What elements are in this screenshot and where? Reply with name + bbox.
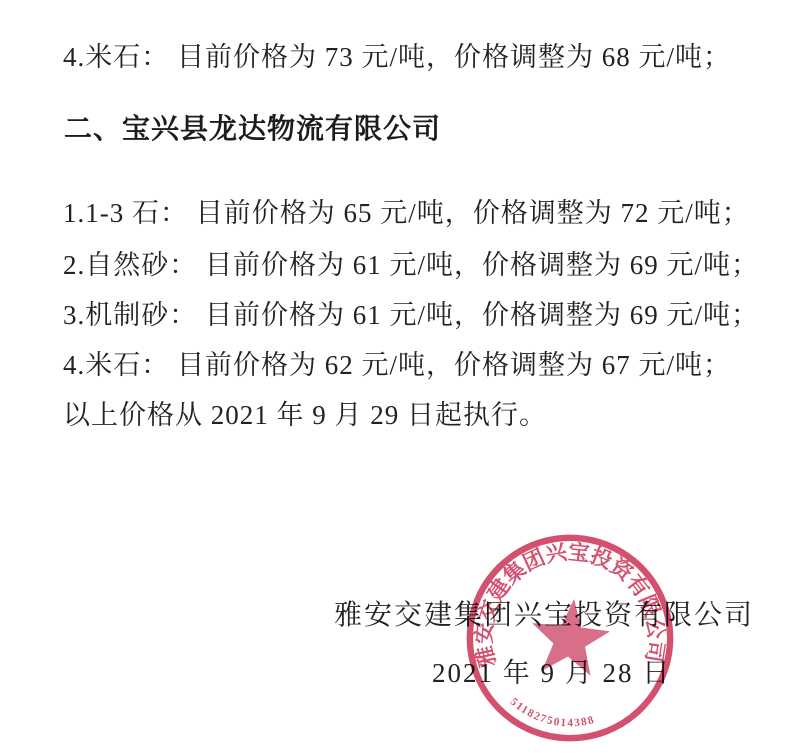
section-heading: 二、宝兴县龙达物流有限公司	[64, 107, 441, 147]
price-line-3: 3.机制砂： 目前价格为 61 元/吨，价格调整为 69 元/吨；	[63, 299, 759, 331]
price-line-4: 4.米石： 目前价格为 62 元/吨，价格调整为 67 元/吨；	[63, 349, 731, 381]
seal-number-text: 5118275014388	[508, 696, 597, 730]
signature-company: 雅安交建集团兴宝投资有限公司	[334, 593, 754, 633]
seal-ring	[470, 538, 670, 738]
price-line-2: 2.自然砂： 目前价格为 61 元/吨，价格调整为 69 元/吨；	[63, 249, 759, 281]
effective-date-line: 以上价格从 2021 年 9 月 29 日起执行。	[63, 399, 547, 431]
official-seal: 雅安交建集团兴宝投资有限公司 5118275014388	[462, 530, 678, 746]
signature-date: 2021 年 9 月 28 日	[432, 651, 671, 690]
price-line-1: 1.1-3 石： 目前价格为 65 元/吨，价格调整为 72 元/吨；	[63, 197, 750, 229]
document-page: 4.米石： 目前价格为 73 元/吨，价格调整为 68 元/吨； 二、宝兴县龙达…	[0, 0, 800, 753]
price-line-carryover: 4.米石： 目前价格为 73 元/吨，价格调整为 68 元/吨；	[63, 41, 731, 73]
